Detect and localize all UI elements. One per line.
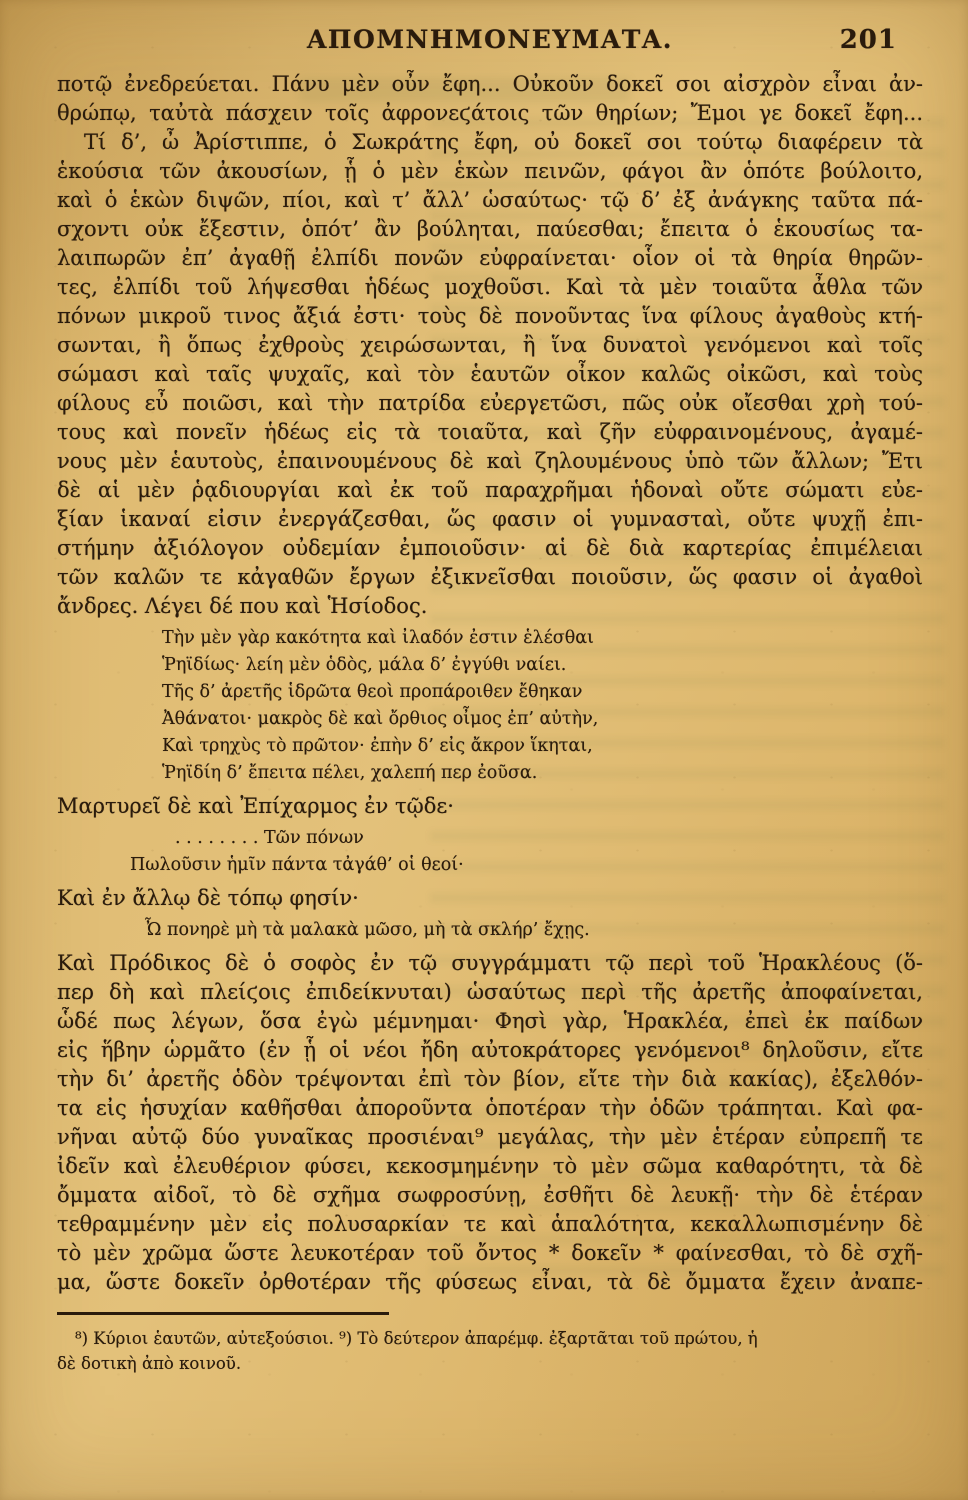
page-number: 201: [840, 25, 897, 55]
text-line: Τί δ’, ὦ Ἀρίστιππε, ὁ Σωκράτης ἔφη, οὐ δ…: [57, 128, 923, 157]
text-line: θρώπῳ, ταὐτὰ πάσχειν τοῖς ἀφρονεϛάτοις τ…: [57, 99, 923, 128]
verse-line: Καὶ τρηχὺς τὸ πρῶτον· ἐπὴν δ’ εἰς ἄκρον …: [162, 733, 923, 760]
text-line: νους μὲν ἑαυτοὺς, ἐπαινουμένους δὲ καὶ ζ…: [57, 447, 923, 476]
text-line: Καὶ ἐν ἄλλῳ δὲ τόπῳ φησίν·: [57, 884, 923, 913]
verse-line: Πωλοῦσιν ἡμῖν πάντα τἀγάθ’ οἱ θεοί·: [130, 852, 923, 879]
text-line: ποτῷ ἐνεδρεύεται. Πάνυ μὲν οὖν ἔφη... Οὐ…: [57, 70, 923, 99]
text-line: σωνται, ἢ ὅπως ἐχθροὺς χειρώσωνται, ἢ ἵν…: [57, 331, 923, 360]
text-line: νῆναι αὐτῷ δύο γυναῖκας προσιέναι⁹ μεγάλ…: [57, 1123, 923, 1152]
text-line: καὶ ὁ ἑκὼν διψῶν, πίοι, καὶ τ’ ἄλλ’ ὡσαύ…: [57, 186, 923, 215]
verse-block: Ὦ πονηρὲ μὴ τὰ μαλακὰ μῶσο, μὴ τὰ σκλήρ’…: [57, 917, 923, 944]
paragraph: Τί δ’, ὦ Ἀρίστιππε, ὁ Σωκράτης ἔφη, οὐ δ…: [57, 128, 923, 621]
text-line: τὴν δι’ ἀρετῆς ὁδὸν τρέψονται ἐπὶ τὸν βί…: [57, 1065, 923, 1094]
verse-line: Ῥηϊδίως· λείη μὲν ὁδὸς, μάλα δ’ ἐγγύθι ν…: [162, 652, 923, 679]
text-line: τὸ μὲν χρῶμα ὥστε λευκοτέραν τοῦ ὄντος *…: [57, 1239, 923, 1268]
verse-line: Τῆς δ’ ἀρετῆς ἱδρῶτα θεοὶ προπάροιθεν ἔθ…: [162, 679, 923, 706]
text-line: σχοντι οὐκ ἔξεστιν, ὁπότ’ ἂν βούληται, π…: [57, 215, 923, 244]
text-body: ποτῷ ἐνεδρεύεται. Πάνυ μὲν οὖν ἔφη... Οὐ…: [57, 70, 923, 1297]
paragraph: ποτῷ ἐνεδρεύεται. Πάνυ μὲν οὖν ἔφη... Οὐ…: [57, 70, 923, 128]
verse-line: Τὴν μὲν γὰρ κακότητα καὶ ἰλαδόν ἐστιν ἑλ…: [162, 625, 923, 652]
page-header: ΑΠΟΜΝΗΜΟΝΕΥΜΑΤΑ. 201: [57, 25, 923, 61]
text-line: εἰς ἥβην ὡρμᾶτο (ἐν ᾗ οἱ νέοι ἤδη αὐτοκρ…: [57, 1036, 923, 1065]
footnote-line: δὲ δοτικὴ ἀπὸ κοινοῦ.: [57, 1351, 923, 1376]
text-line: σώμασι καὶ ταῖς ψυχαῖς, καὶ τὸν ἑαυτῶν ο…: [57, 360, 923, 389]
text-line: ἰδεῖν καὶ ἐλευθέριον φύσει, κεκοσμημένην…: [57, 1152, 923, 1181]
text-line: πόνων μικροῦ τινος ἄξιά ἐστι· τοὺς δὲ πο…: [57, 302, 923, 331]
footnotes: ⁸) Κύριοι ἑαυτῶν, αὐτεξούσιοι. ⁹) Τὸ δεύ…: [57, 1312, 923, 1376]
text-line: ἄνδρες. Λέγει δέ που καὶ Ἡσίοδος.: [57, 592, 923, 621]
text-line: Μαρτυρεῖ δὲ καὶ Ἐπίχαρμος ἐν τῷδε·: [57, 792, 923, 821]
text-line: ἑκούσια τῶν ἀκουσίων, ᾗ ὁ μὲν ἑκὼν πεινῶ…: [57, 157, 923, 186]
verse-line: Ἀθάνατοι· μακρὸς δὲ καὶ ὄρθιος οἶμος ἐπ’…: [162, 706, 923, 733]
text-line: τεθραμμένην μὲν εἰς πολυσαρκίαν τε καὶ ἁ…: [57, 1210, 923, 1239]
paragraph: Καὶ Πρόδικος δὲ ὁ σοφὸς ἐν τῷ συγγράμματ…: [57, 949, 923, 1297]
text-line: Καὶ Πρόδικος δὲ ὁ σοφὸς ἐν τῷ συγγράμματ…: [57, 949, 923, 978]
text-line: τα εἰς ἡσυχίαν καθῆσθαι ἀποροῦντα ὁποτέρ…: [57, 1094, 923, 1123]
paragraph: Μαρτυρεῖ δὲ καὶ Ἐπίχαρμος ἐν τῷδε·: [57, 792, 923, 821]
footnote-rule: [57, 1312, 389, 1315]
text-line: λαιπωρῶν ἐπ’ ἀγαθῇ ἐλπίδι πονῶν εὐφραίνε…: [57, 244, 923, 273]
text-line: τες, ἐλπίδι τοῦ λήψεσθαι ἡδέως μοχθοῦσι.…: [57, 273, 923, 302]
text-line: τους καὶ πονεῖν ἡδέως εἰς τὰ τοιαῦτα, κα…: [57, 418, 923, 447]
paragraph: Καὶ ἐν ἄλλῳ δὲ τόπῳ φησίν·: [57, 884, 923, 913]
book-page: ΑΠΟΜΝΗΜΟΝΕΥΜΑΤΑ. 201 ποτῷ ἐνεδρεύεται. Π…: [0, 0, 968, 1500]
text-line: μα, ὥστε δοκεῖν ὀρθοτέραν τῆς φύσεως εἶν…: [57, 1268, 923, 1297]
running-title: ΑΠΟΜΝΗΜΟΝΕΥΜΑΤΑ.: [57, 25, 923, 54]
text-line: τῶν καλῶν τε κἀγαθῶν ἔργων ἐξικνεῖσθαι π…: [57, 563, 923, 592]
text-line: περ δὴ καὶ πλείϛοις ἐπιδείκνυται) ὡσαύτω…: [57, 978, 923, 1007]
text-line: ὄμματα αἰδοῖ, τὸ δὲ σχῆμα σωφροσύνῃ, ἐσθ…: [57, 1181, 923, 1210]
verse-block: . . . . . . . . Τῶν πόνωνΠωλοῦσιν ἡμῖν π…: [57, 825, 923, 879]
verse-line: Ῥηϊδίη δ’ ἔπειτα πέλει, χαλεπή περ ἐοῦσα…: [162, 760, 923, 787]
footnote-lines: ⁸) Κύριοι ἑαυτῶν, αὐτεξούσιοι. ⁹) Τὸ δεύ…: [57, 1326, 923, 1376]
verse-line: Ὦ πονηρὲ μὴ τὰ μαλακὰ μῶσο, μὴ τὰ σκλήρ’…: [145, 917, 923, 944]
text-line: δὲ αἱ μὲν ῥᾳδιουργίαι καὶ ἐκ τοῦ παραχρῆ…: [57, 476, 923, 505]
text-line: ὧδέ πως λέγων, ὅσα ἐγὼ μέμνημαι· Φησὶ γὰ…: [57, 1007, 923, 1036]
text-line: ξίαν ἱκαναί εἰσιν ἐνεργάζεσθαι, ὥς φασιν…: [57, 505, 923, 534]
text-line: φίλους εὖ ποιῶσι, καὶ τὴν πατρίδα εὐεργε…: [57, 389, 923, 418]
verse-line: . . . . . . . . Τῶν πόνων: [175, 825, 923, 852]
text-line: στήμην ἀξιόλογον οὐδεμίαν ἐμποιοῦσιν· αἱ…: [57, 534, 923, 563]
footnote-line: ⁸) Κύριοι ἑαυτῶν, αὐτεξούσιοι. ⁹) Τὸ δεύ…: [57, 1326, 923, 1351]
verse-block: Τὴν μὲν γὰρ κακότητα καὶ ἰλαδόν ἐστιν ἑλ…: [57, 625, 923, 787]
